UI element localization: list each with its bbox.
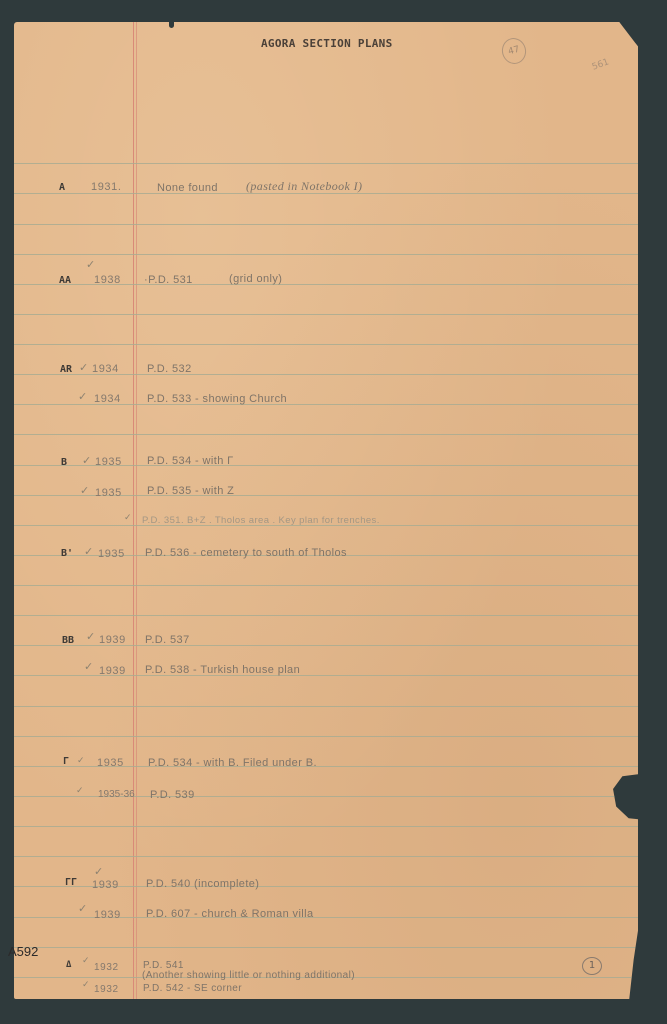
entry-description: P.D. 607 - church & Roman villa <box>146 908 314 920</box>
entry-description: P.D. 537 <box>145 634 190 646</box>
rule-line <box>14 826 638 827</box>
check-mark-icon: ✓ <box>124 513 132 523</box>
rule-line <box>14 736 638 737</box>
entry-description: P.D. 536 - cemetery to south of Tholos <box>145 547 347 559</box>
pencil-number: 561 <box>591 57 611 72</box>
rule-line <box>14 585 638 586</box>
rule-line <box>14 706 638 707</box>
entry-year: 1939 <box>92 879 119 891</box>
section-label-gamma: Γ <box>63 756 69 767</box>
circled-catalog-number: 47 <box>499 35 529 66</box>
entry-year: 1932 <box>94 984 119 995</box>
entry-year: 1935 <box>98 548 125 560</box>
section-label-a: A <box>59 182 65 193</box>
entry-year: 1931. <box>91 181 122 193</box>
entry-description: P.D. 542 - SE corner <box>143 983 242 994</box>
section-label-gamma-gamma: ΓΓ <box>65 877 77 888</box>
rule-line <box>14 254 638 255</box>
entry-description: P.D. 539 <box>150 789 195 801</box>
check-mark-icon: ✓ <box>84 545 93 558</box>
check-mark-icon: ✓ <box>79 361 88 374</box>
entry-year: 1938 <box>94 274 121 286</box>
check-mark-icon: ✓ <box>86 258 95 271</box>
margin-line <box>136 22 137 999</box>
entry-year: 1935 <box>97 757 124 769</box>
rule-line <box>14 434 638 435</box>
entry-year: 1935 <box>95 487 122 499</box>
entry-description: P.D. 538 - Turkish house plan <box>145 664 300 676</box>
entry-description: P.D. 534 - with Γ <box>147 455 234 467</box>
entry-description: P.D. 533 - showing Church <box>147 393 287 405</box>
entry-year: 1932 <box>94 962 119 973</box>
margin-line <box>133 22 134 999</box>
section-label-aa: AA <box>59 275 71 286</box>
check-mark-icon: ✓ <box>78 902 87 915</box>
section-label-b: B <box>61 457 67 468</box>
entry-year: 1939 <box>99 634 126 646</box>
ledger-page: AGORA SECTION PLANS 47 561 A 1931. None … <box>14 22 638 999</box>
check-mark-icon: ✓ <box>94 865 103 878</box>
rule-line <box>14 163 638 164</box>
section-label-delta: Δ <box>66 960 71 970</box>
entry-description: P.D. 540 (incomplete) <box>146 878 259 890</box>
entry-year: 1939 <box>99 665 126 677</box>
check-mark-icon: ✓ <box>82 980 90 990</box>
entry-year: 1934 <box>94 393 121 405</box>
check-mark-icon: ✓ <box>82 454 91 467</box>
entry-note: (grid only) <box>229 273 282 285</box>
rule-line <box>14 615 638 616</box>
section-label-ar: AR <box>60 364 72 375</box>
page-title: AGORA SECTION PLANS <box>261 37 393 50</box>
entry-description: ·P.D. 531 <box>144 274 193 286</box>
entry-year: 1935 <box>95 456 122 468</box>
rule-line <box>14 224 638 225</box>
section-label-b-prime: B' <box>61 548 73 559</box>
entry-description: None found <box>157 182 218 194</box>
entry-description: P.D. 534 - with B. Filed under B. <box>148 757 317 769</box>
check-mark-icon: ✓ <box>80 484 89 497</box>
entry-note: (Another showing little or nothing addit… <box>142 970 355 981</box>
page-number: 1 <box>582 957 602 975</box>
paper-tear <box>169 20 174 28</box>
entry-description: P.D. 532 <box>147 363 192 375</box>
check-mark-icon: ✓ <box>82 956 90 966</box>
rule-line <box>14 947 638 948</box>
section-label-bb: BB <box>62 635 74 646</box>
rule-line <box>14 344 638 345</box>
check-mark-icon: ✓ <box>77 756 85 766</box>
check-mark-icon: ✓ <box>76 786 84 796</box>
check-mark-icon: ✓ <box>86 630 95 643</box>
entry-year: 1935-36 <box>98 789 135 800</box>
rule-line <box>14 314 638 315</box>
entry-description: P.D. 535 - with Z <box>147 485 234 497</box>
entry-note: (pasted in Notebook I) <box>246 179 362 194</box>
check-mark-icon: ✓ <box>78 390 87 403</box>
rule-line <box>14 856 638 857</box>
accession-number: A592 <box>8 944 38 959</box>
entry-year: 1934 <box>92 363 119 375</box>
entry-description: P.D. 351. B+Z . Tholos area . Key plan f… <box>142 515 380 526</box>
check-mark-icon: ✓ <box>84 660 93 673</box>
entry-year: 1939 <box>94 909 121 921</box>
